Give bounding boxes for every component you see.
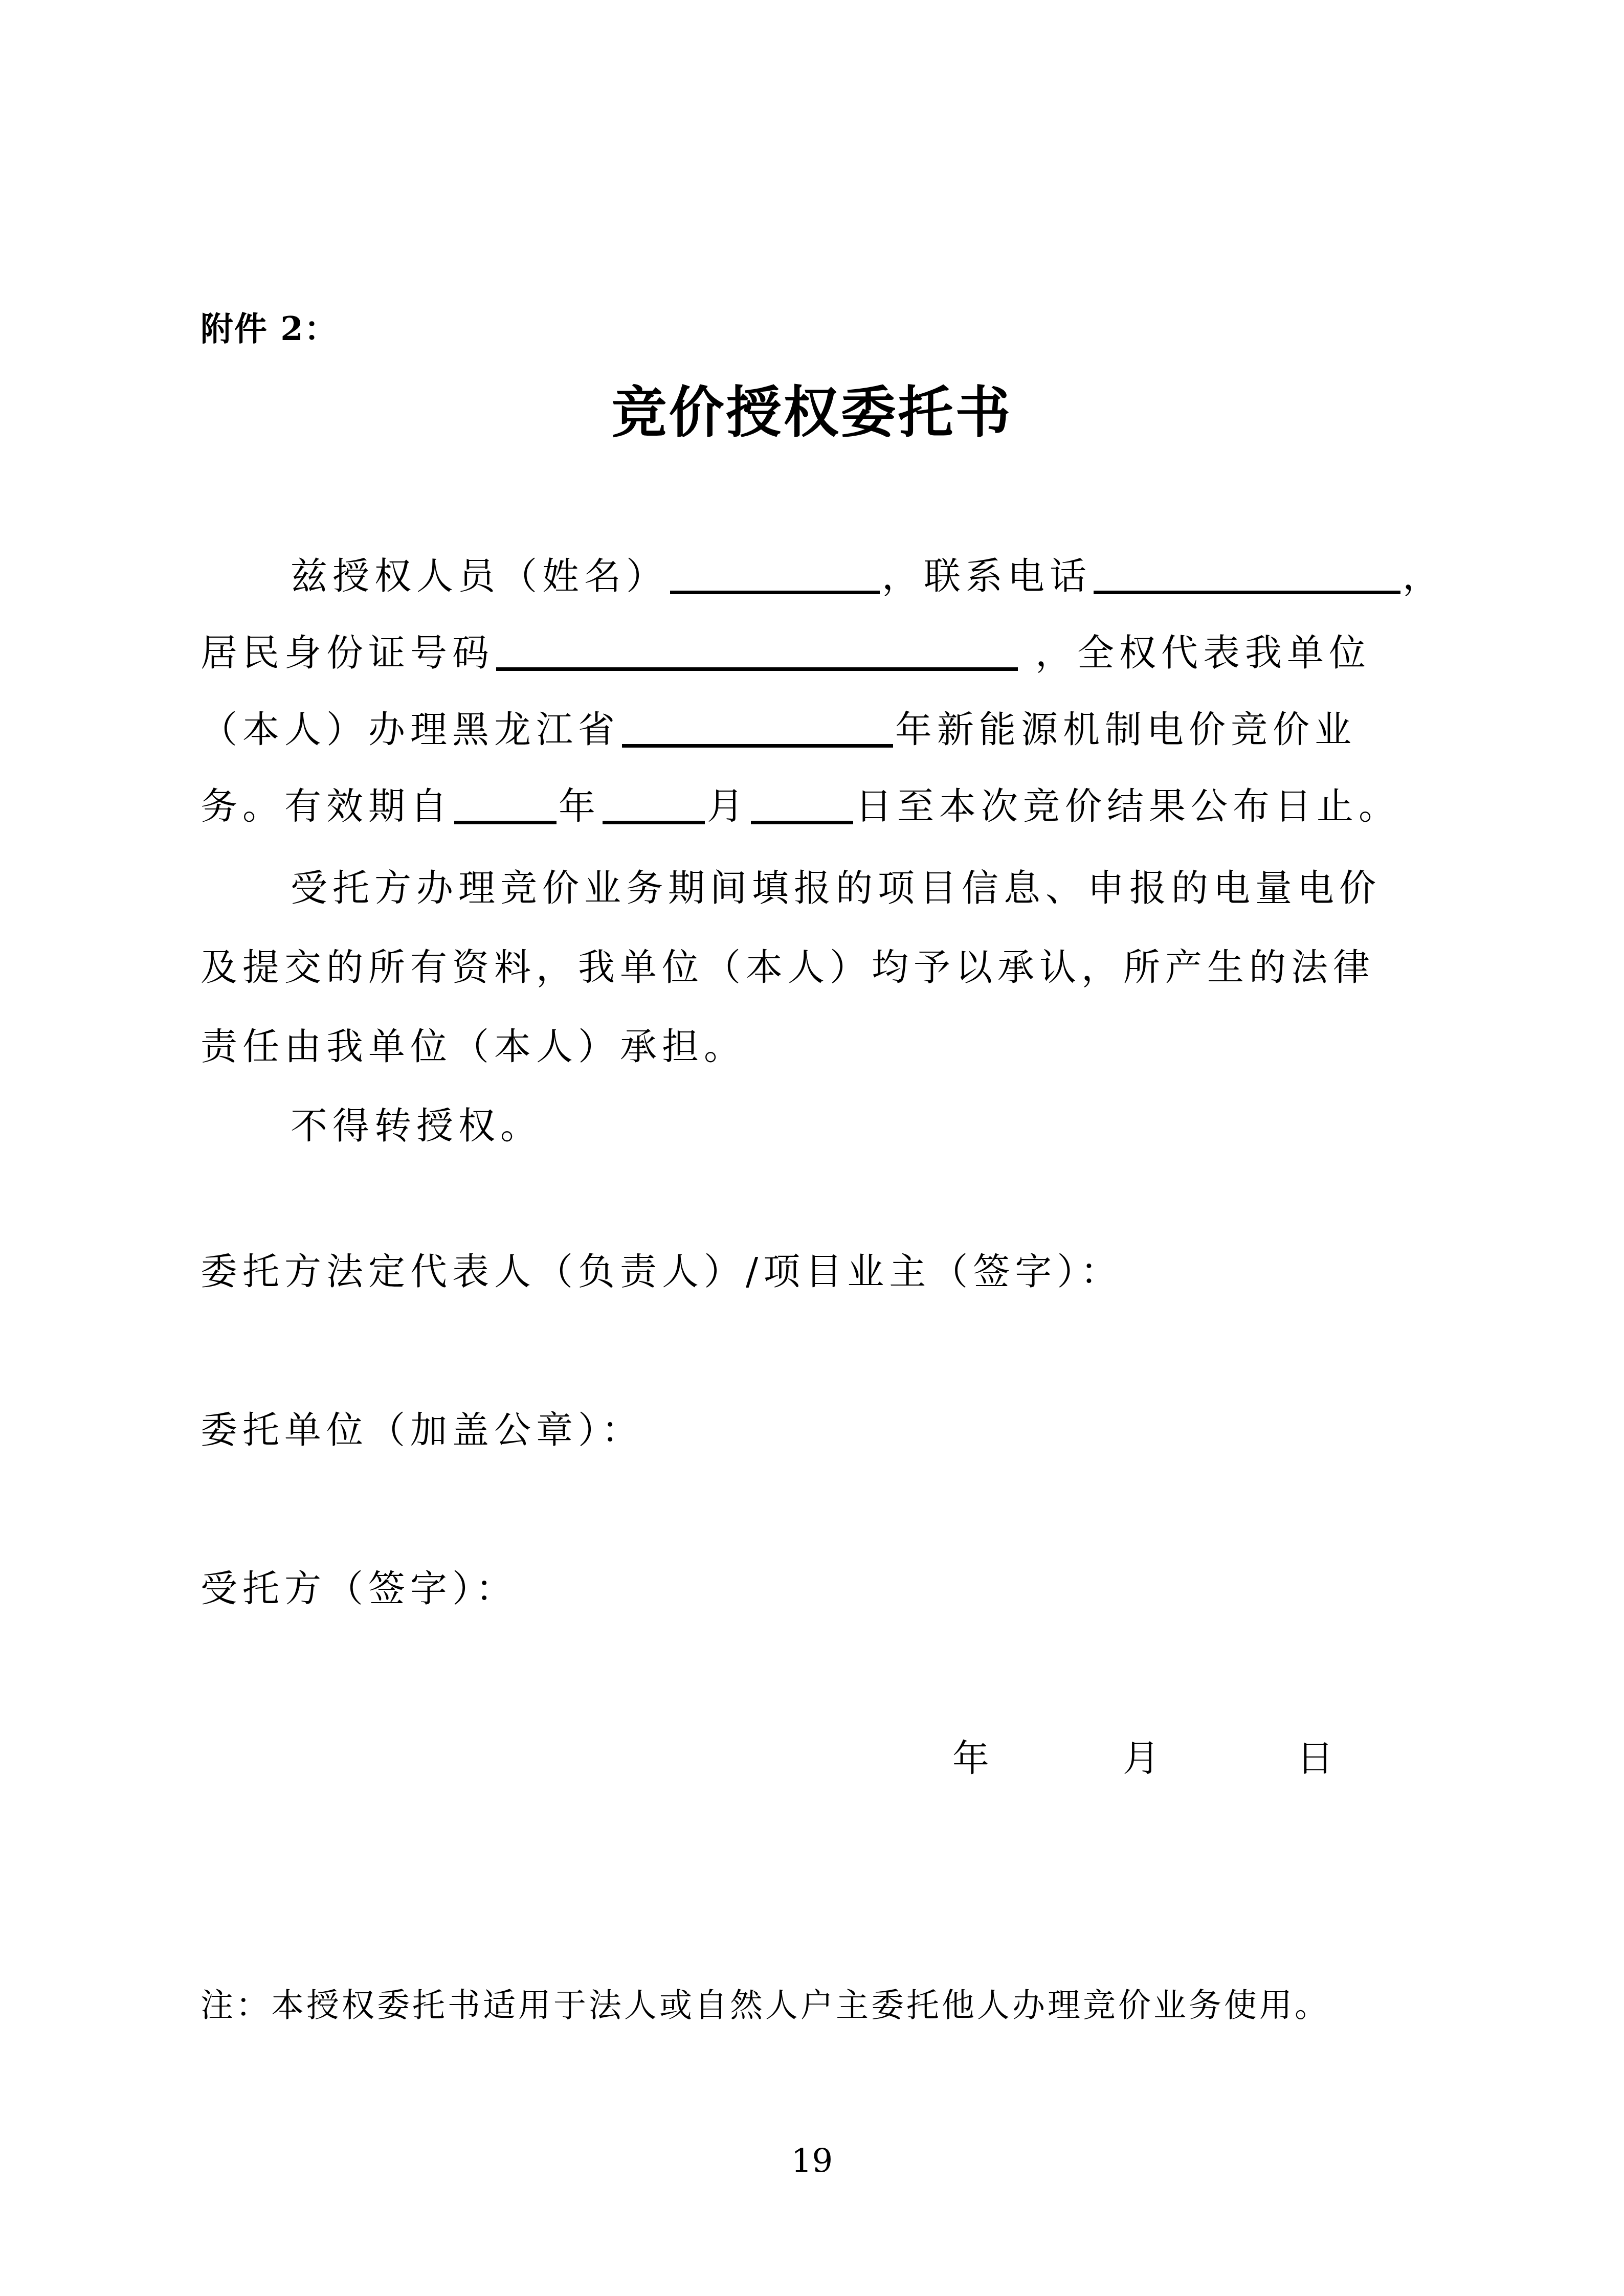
text: ，全权代表我单位 — [1035, 631, 1371, 674]
text: （本人）办理黑龙江省 — [201, 708, 620, 751]
text: 年新能源机制电价竞价业 — [895, 708, 1356, 751]
paragraph3: 不得转授权。 — [291, 1107, 542, 1144]
signature-agent: 受托方（签字）： — [201, 1570, 518, 1607]
page-number: 19 — [0, 2143, 1624, 2180]
year-blank[interactable] — [622, 712, 893, 748]
paragraph1-line4: 务。有效期自年月日至本次竞价结果公布日止。 — [201, 787, 1400, 824]
text: 务。有效期自 — [201, 784, 452, 827]
signature-unit: 委托单位（加盖公章）： — [201, 1411, 643, 1448]
text: ，联系电话 — [882, 554, 1092, 597]
valid-day-blank[interactable] — [751, 789, 853, 824]
footnote: 注：本授权委托书适用于法人或自然人户主委托他人办理竞价业务使用。 — [201, 1979, 1330, 2026]
date-day: 日 — [1297, 1728, 1333, 1782]
valid-month-blank[interactable] — [603, 789, 705, 824]
paragraph2-line2: 及提交的所有资料，我单位（本人）均予以承认，所产生的法律 — [201, 949, 1375, 985]
paragraph1-line2: 居民身份证号码，全权代表我单位 — [201, 634, 1371, 671]
text: 兹授权人员（姓名） — [291, 554, 668, 597]
id-number-blank[interactable] — [496, 636, 1018, 671]
paragraph2-line3: 责任由我单位（本人）承担。 — [201, 1028, 746, 1065]
paragraph1-line1: 兹授权人员（姓名），联系电话， — [291, 557, 1444, 594]
valid-year-blank[interactable] — [454, 789, 557, 824]
document-page: 附件 2： 竞价授权委托书 兹授权人员（姓名），联系电话， 居民身份证号码，全权… — [0, 0, 1624, 2296]
text: ， — [1403, 554, 1444, 597]
text: 居民身份证号码 — [201, 631, 494, 674]
document-title: 竞价授权委托书 — [0, 368, 1624, 447]
text: 月 — [707, 784, 749, 827]
text: 年 — [559, 784, 600, 827]
paragraph2-line1: 受托方办理竞价业务期间填报的项目信息、申报的电量电价 — [291, 869, 1381, 906]
date-month: 月 — [1123, 1728, 1160, 1782]
phone-blank[interactable] — [1094, 559, 1400, 594]
date-year: 年 — [952, 1728, 989, 1782]
name-blank[interactable] — [670, 559, 880, 594]
text: 日至本次竞价结果公布日止。 — [855, 784, 1400, 827]
paragraph1-line3: （本人）办理黑龙江省年新能源机制电价竞价业 — [201, 711, 1356, 748]
signature-legal-rep: 委托方法定代表人（负责人）/项目业主（签字）： — [201, 1253, 1122, 1290]
attachment-label: 附件 2： — [201, 303, 338, 350]
